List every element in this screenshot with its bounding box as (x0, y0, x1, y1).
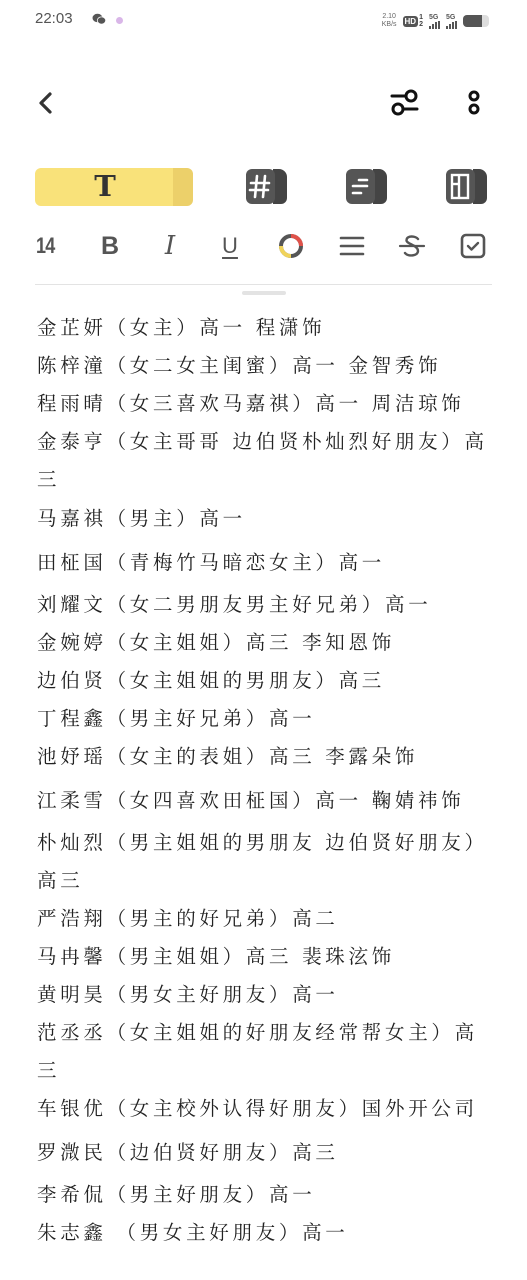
sliders-icon (388, 87, 422, 119)
note-line: 金婉婷（女主姐姐）高三 李知恩饰 (37, 624, 497, 662)
hd-label: HD (403, 16, 419, 27)
note-line: 李希侃（男主好朋友）高一 (37, 1176, 497, 1214)
note-line: 陈梓潼（女二女主闺蜜）高一 金智秀饰 (37, 347, 497, 385)
net-speed-value: 2.10 (382, 13, 397, 21)
note-line: 江柔雪（女四喜欢田柾国）高一 鞠婧祎饰 (37, 782, 497, 820)
italic-button[interactable]: I (158, 228, 182, 264)
checklist-button[interactable] (459, 228, 487, 264)
more-icon (462, 87, 486, 119)
note-line: 三 (37, 461, 497, 499)
note-line: 罗溦民（边伯贤好朋友）高三 (37, 1134, 497, 1172)
text-mode-label: T (35, 169, 175, 203)
note-line: 丁程鑫（男主好兄弟）高一 (37, 700, 497, 738)
note-line: 池妤瑶（女主的表姐）高三 李露朵饰 (37, 738, 497, 776)
wechat-icon (92, 13, 106, 25)
strikethrough-button[interactable] (398, 228, 426, 264)
checkbox-icon (459, 232, 487, 260)
mode-tabs: T (0, 162, 527, 210)
note-line: 车银优（女主校外认得好朋友）国外开公司 (37, 1090, 497, 1128)
battery-icon (463, 15, 489, 27)
tab-tag[interactable] (245, 166, 289, 206)
status-time: 22:03 (35, 10, 73, 27)
note-line: 严浩翔（男主的好兄弟）高二 (37, 900, 497, 938)
note-line: 刘耀文（女二男朋友男主好兄弟）高一 (37, 586, 497, 624)
signal-5g-icon: 5G (429, 14, 440, 29)
sim1-label: 5G (429, 14, 438, 21)
note-line: 黄明昊（男女主好朋友）高一 (37, 976, 497, 1014)
tab-text[interactable]: T (35, 166, 193, 208)
font-size-button[interactable]: 14 (36, 228, 56, 264)
status-bar: 22:03 2.10 KB/s HD 12 5G 5G (0, 0, 527, 40)
color-ring-icon (277, 232, 305, 260)
note-line: 范丞丞（女主姐姐的好朋友经常帮女主）高 (37, 1014, 497, 1052)
signal-5g-icon: 5G (446, 14, 457, 29)
note-line: 朴灿烈（男主姐姐的男朋友 边伯贤好朋友） (37, 824, 497, 862)
text-color-button[interactable] (277, 228, 305, 264)
tab-layout[interactable] (445, 166, 489, 206)
more-button[interactable] (462, 87, 486, 119)
net-speed-unit: KB/s (382, 21, 397, 29)
list-block-icon (345, 166, 389, 206)
note-line: 三 (37, 1052, 497, 1090)
back-button[interactable] (34, 90, 58, 116)
note-line: 金芷妍（女主）高一 程潇饰 (37, 309, 497, 347)
align-button[interactable] (338, 228, 366, 264)
notification-dot-icon (116, 17, 123, 24)
settings-button[interactable] (388, 87, 422, 119)
drag-handle[interactable] (242, 291, 286, 295)
note-line: 程雨晴（女三喜欢马嘉祺）高一 周洁琼饰 (37, 385, 497, 423)
hd-voice-icon: HD 12 (403, 14, 423, 28)
note-line: 田柾国（青梅竹马暗恋女主）高一 (37, 544, 497, 582)
toolbar-divider (35, 284, 492, 285)
hash-block-icon (245, 166, 289, 206)
net-speed: 2.10 KB/s (382, 13, 397, 29)
top-bar (0, 80, 527, 126)
align-icon (338, 232, 366, 260)
format-toolbar: 14 B I U (0, 226, 527, 266)
tab-list[interactable] (345, 166, 389, 206)
underline-button[interactable]: U (218, 228, 242, 264)
note-line: 马嘉祺（男主）高一 (37, 500, 497, 538)
tab-text-side (173, 168, 193, 206)
note-line: 金泰亨（女主哥哥 边伯贤朴灿烈好朋友）高 (37, 423, 497, 461)
strikethrough-icon (398, 232, 426, 260)
hd-sims: 12 (419, 14, 423, 28)
note-line: 边伯贤（女主姐姐的男朋友）高三 (37, 662, 497, 700)
bold-button[interactable]: B (98, 228, 122, 264)
status-indicators: 2.10 KB/s HD 12 5G 5G (382, 11, 489, 31)
note-line: 马冉馨（男主姐姐）高三 裴珠泫饰 (37, 938, 497, 976)
back-icon (34, 90, 58, 116)
layout-block-icon (445, 166, 489, 206)
sim2-label: 5G (446, 14, 455, 21)
note-editor[interactable]: 金芷妍（女主）高一 程潇饰 陈梓潼（女二女主闺蜜）高一 金智秀饰 程雨晴（女三喜… (37, 309, 497, 1252)
note-line: 高三 (37, 862, 497, 900)
note-line: 朱志鑫 （男女主好朋友）高一 (37, 1214, 497, 1252)
